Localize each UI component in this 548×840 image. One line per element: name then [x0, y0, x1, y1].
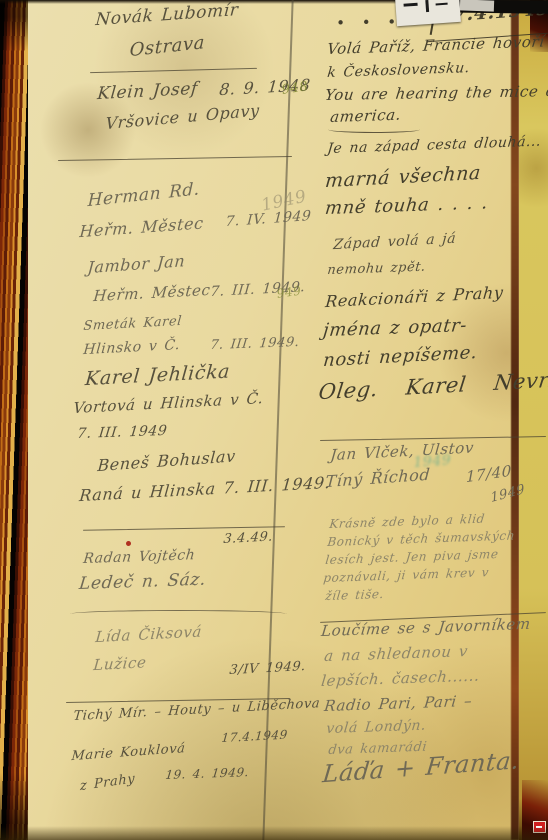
paper-scrap	[460, 0, 494, 12]
entry-radan-date: 3.4.49.	[223, 530, 274, 546]
entry-smetak-date: 7. III. 1949.	[210, 336, 301, 352]
red-dot-mark	[126, 541, 131, 546]
paris-line-4: america.	[329, 108, 401, 126]
paper-scrap	[395, 0, 461, 26]
bleed-through-text: 948	[281, 80, 309, 97]
entry-jehlicka-date: 7. III. 1949	[77, 424, 169, 441]
entry-tichy-date: 17.4.1949	[221, 729, 288, 745]
book-binding-edge	[0, 0, 30, 840]
krasne-line-5: žíle tiše.	[325, 588, 385, 602]
reactionaries-line-2: jména z opatr-	[322, 317, 468, 340]
entry-radan-place: Ledeč n. Sáz.	[78, 572, 207, 594]
scrap-print-mark	[425, 0, 429, 12]
page-edge-bottom	[0, 826, 548, 840]
guestbook-scan: Novák Lubomír Ostrava Klein Josef 8. 9. …	[0, 0, 548, 840]
scrap-print-mark	[436, 3, 448, 6]
paris-line-3: You are hearing the mice of	[324, 84, 548, 103]
entry-lida-place: Lužice	[93, 655, 147, 673]
bleed-through-text: 949	[276, 285, 302, 300]
entry-kouklova-date: 19. 4. 1949.	[165, 766, 250, 781]
bleed-through-text: 1949	[413, 453, 452, 470]
gutter-burn-line	[511, 0, 519, 840]
entry-lida-date: 3/IV 1949.	[229, 660, 307, 677]
song-line-5: nemohu zpět.	[327, 261, 427, 277]
page-edge-right	[519, 0, 548, 840]
america-underline	[328, 126, 420, 133]
farewell-line-5: volá Londýn.	[326, 719, 427, 737]
section-rule	[70, 610, 287, 618]
entry-radan-name: Radan Vojtěch	[83, 548, 197, 566]
scrap-print-mark	[404, 3, 418, 7]
